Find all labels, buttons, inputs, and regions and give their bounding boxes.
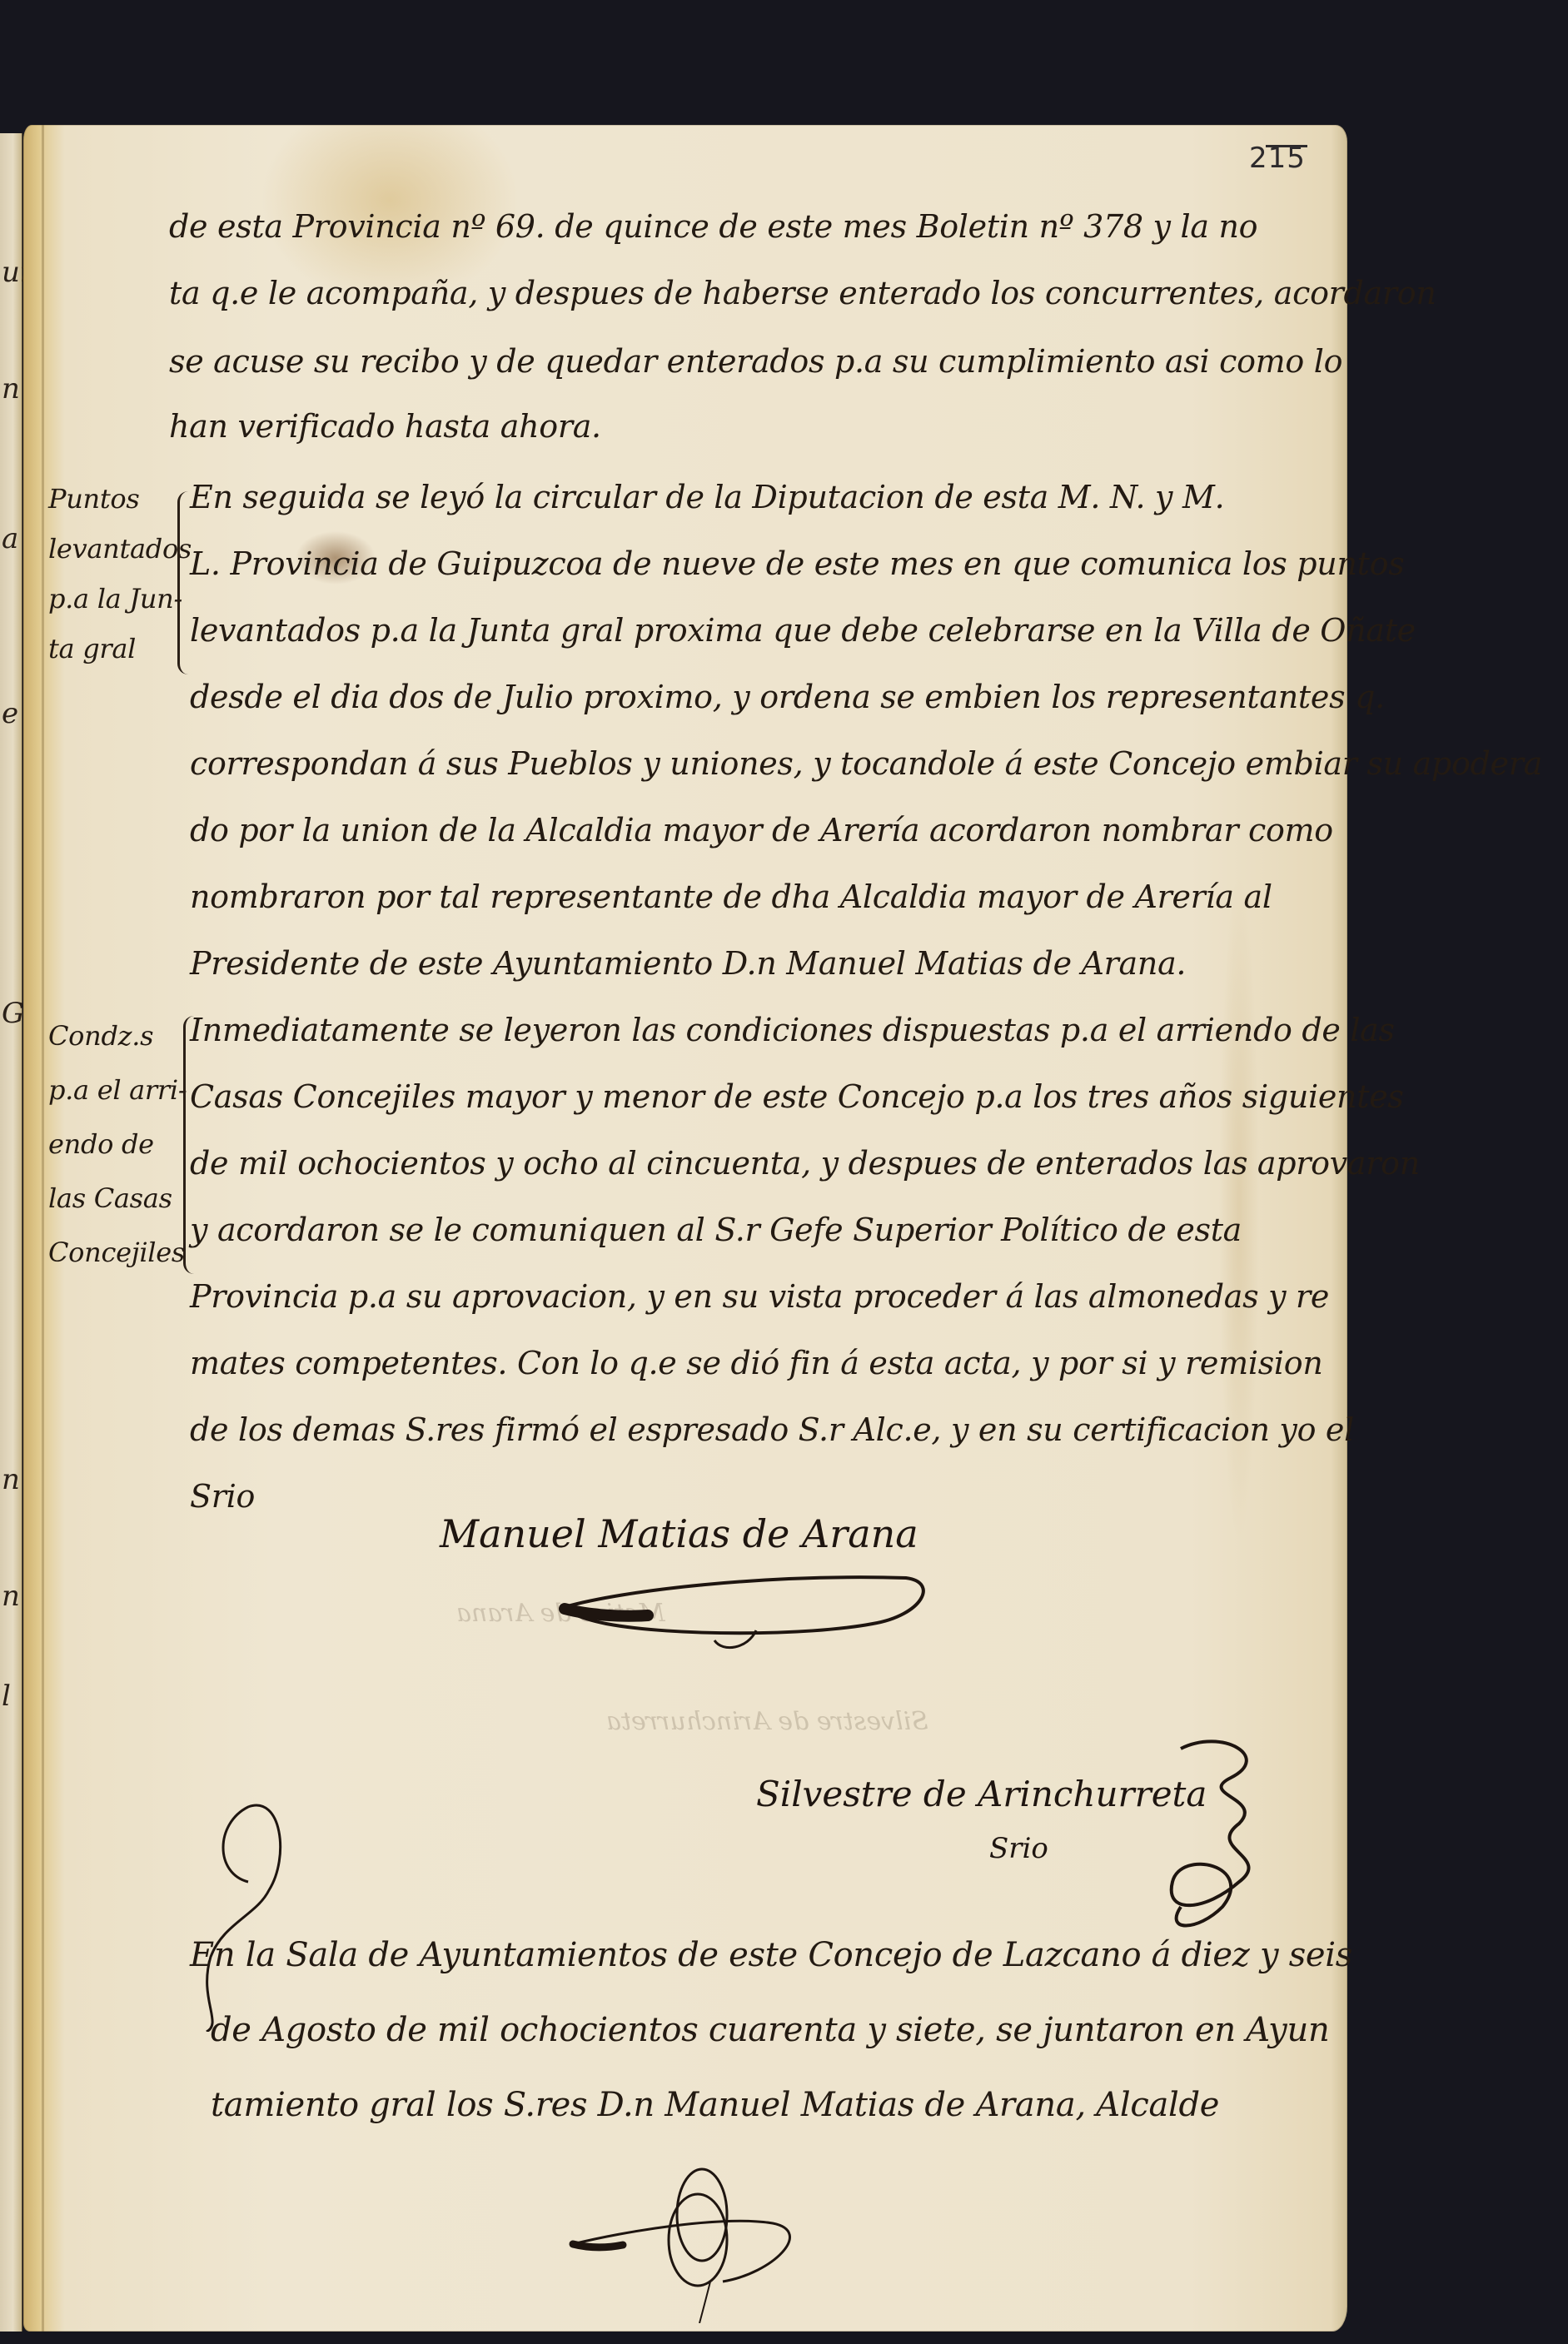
text-line: correspondan á sus Pueblos y uniones, y … (190, 745, 1542, 782)
text-line: de los demas S.res firmó el espresado S.… (190, 1411, 1354, 1448)
decorative-initial-icon (190, 1757, 290, 2032)
text-line: y acordaron se le comuniquen al S.r Gefe… (190, 1212, 1242, 1248)
text-line: levantados p.a la Junta gral proxima que… (190, 612, 1416, 649)
text-line: Presidente de este Ayuntamiento D.n Manu… (190, 945, 1186, 982)
text-line: de mil ochocientos y ocho al cincuenta, … (190, 1145, 1420, 1182)
text-line: han verificado hasta ahora. (169, 408, 601, 445)
text-line: Casas Concejiles mayor y menor de este C… (190, 1078, 1404, 1115)
text-line: Provincia p.a su aprovacion, y en su vis… (190, 1278, 1329, 1315)
margin-text: Concejiles (48, 1237, 185, 1268)
margin-text: p.a la Jun- (48, 583, 182, 615)
prev-page-fragment: n (2, 1582, 20, 1610)
text-line: mates competentes. Con lo q.e se dió fin… (190, 1345, 1323, 1381)
text-line: de esta Provincia nº 69. de quince de es… (169, 208, 1257, 245)
previous-page-edge: un n a e G n n l (0, 133, 22, 2332)
text-line: desde el dia dos de Julio proximo, y ord… (190, 679, 1385, 715)
bleed-through-text: Silvestre de Arinchurreta (606, 1707, 928, 1736)
prev-page-fragment: e (2, 699, 18, 728)
signature-secretary: Silvestre de Arinchurreta (756, 1774, 1207, 1814)
signature-secretary-title: Srio (989, 1832, 1048, 1865)
margin-text: levantados (48, 533, 192, 565)
text-line: de Agosto de mil ochocientos cuarenta y … (211, 2011, 1329, 2049)
text-line: se acuse su recibo y de quedar enterados… (169, 343, 1342, 380)
prev-page-fragment: G (2, 999, 24, 1028)
prev-page-fragment: l (2, 1682, 11, 1710)
margin-text: endo de (48, 1128, 154, 1160)
text-line: do por la union de la Alcaldia mayor de … (190, 812, 1333, 849)
text-line: ta q.e le acompaña, y despues de haberse… (169, 275, 1436, 311)
manuscript-page: 215 Matias de Arana Silvestre de Arinchu… (23, 125, 1347, 2332)
rubric-flourish-icon (1147, 1732, 1289, 1940)
margin-text: Condz.s (48, 1020, 153, 1052)
margin-text: las Casas (48, 1182, 172, 1214)
margin-text: p.a el arri- (48, 1074, 187, 1106)
signature-flourish-icon (556, 1557, 939, 1657)
margin-text: Puntos (48, 483, 140, 515)
text-line: En la Sala de Ayuntamientos de este Conc… (190, 1936, 1352, 1974)
prev-page-fragment: n (2, 1466, 20, 1494)
text-line: En seguida se leyó la circular de la Dip… (190, 479, 1224, 515)
prev-page-fragment: a (2, 525, 18, 553)
margin-brace (177, 491, 188, 674)
bottom-rubric-icon (556, 2157, 839, 2323)
folio-number: 215 (1249, 142, 1306, 175)
text-line: Inmediatamente se leyeron las condicione… (190, 1012, 1395, 1048)
margin-text: ta gral (48, 633, 136, 664)
text-line: Srio (190, 1478, 255, 1515)
text-line: L. Provincia de Guipuzcoa de nueve de es… (190, 545, 1404, 582)
prev-page-fragment: n (2, 375, 20, 403)
text-line: nombraron por tal representante de dha A… (190, 878, 1272, 915)
text-line: tamiento gral los S.res D.n Manuel Matia… (211, 2086, 1219, 2124)
signature-alcalde: Manuel Matias de Arana (440, 1511, 918, 1556)
gutter-fold (42, 125, 44, 2332)
